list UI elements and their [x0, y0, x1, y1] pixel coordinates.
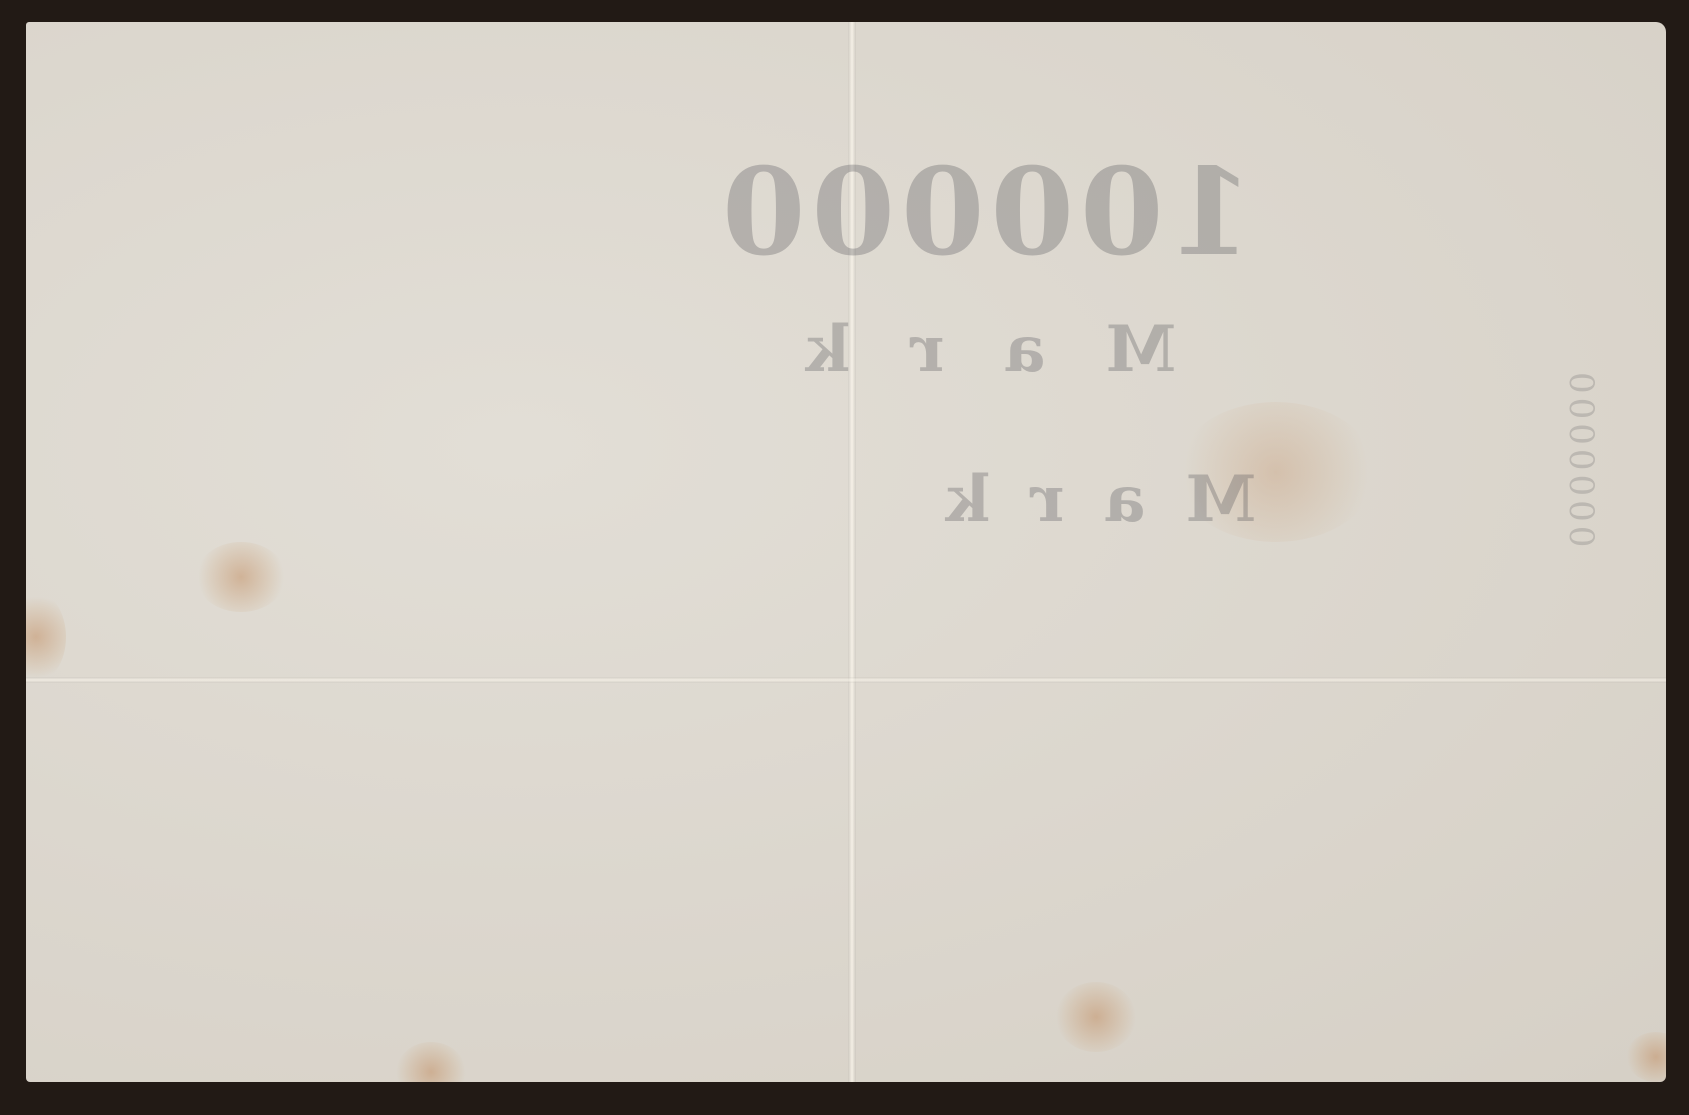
- horizontal-fold: [26, 677, 1666, 683]
- stain: [396, 1042, 466, 1082]
- stain: [1626, 1032, 1666, 1082]
- stain: [26, 592, 66, 682]
- stain: [196, 542, 286, 612]
- ghost-serial: 0000000: [1561, 372, 1601, 551]
- ghost-denomination: 100000: [716, 142, 1253, 283]
- stain: [1056, 982, 1136, 1052]
- ghost-line: Mark: [746, 312, 1176, 387]
- banknote-reverse: 100000 Mark Mark 0000000: [26, 22, 1666, 1082]
- ghost-line: Mark: [906, 462, 1256, 537]
